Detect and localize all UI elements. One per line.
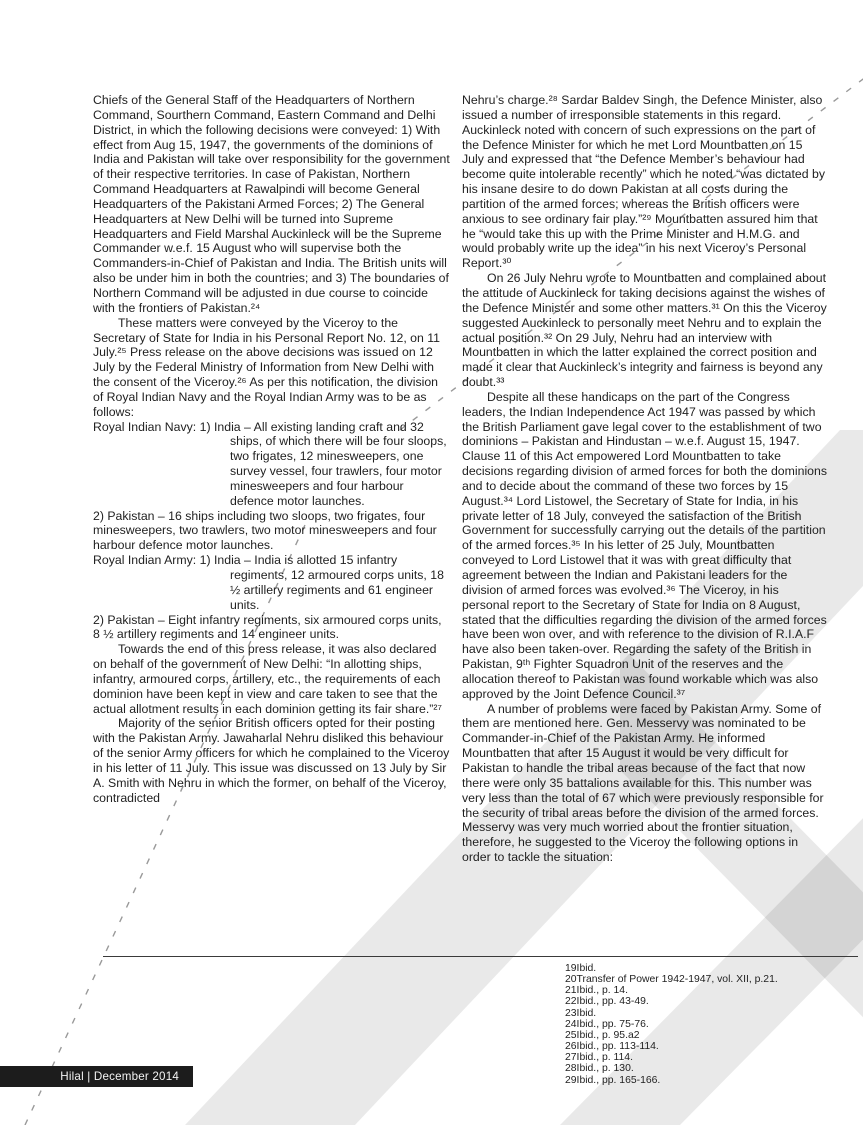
footnote-item: 24Ibid., pp. 75-76. bbox=[565, 1019, 860, 1030]
paragraph: Towards the end of this press release, i… bbox=[93, 642, 450, 716]
list-item-army-india: Royal Indian Army: 1) India – India is a… bbox=[93, 553, 450, 612]
paragraph: Majority of the senior British officers … bbox=[93, 716, 450, 805]
footer-label: Hilal | December 2014 bbox=[60, 1070, 179, 1083]
paragraph: Chiefs of the General Staff of the Headq… bbox=[93, 93, 450, 316]
footnotes-block: 19Ibid. 20Transfer of Power 1942-1947, v… bbox=[565, 963, 860, 1086]
list-item-army-pakistan: 2) Pakistan – Eight infantry regiments, … bbox=[93, 613, 450, 643]
paragraph: These matters were conveyed by the Vicer… bbox=[93, 316, 450, 420]
footnote-item: 25Ibid., p. 95.a2 bbox=[565, 1030, 860, 1041]
list-item-navy-pakistan: 2) Pakistan – 16 ships including two slo… bbox=[93, 509, 450, 554]
paragraph: A number of problems were faced by Pakis… bbox=[462, 702, 827, 865]
right-column: Nehru’s charge.²⁸ Sardar Baldev Singh, t… bbox=[462, 93, 827, 865]
footnote-item: 22Ibid., pp. 43-49. bbox=[565, 996, 860, 1007]
left-column: Chiefs of the General Staff of the Headq… bbox=[93, 93, 450, 806]
paragraph: Nehru’s charge.²⁸ Sardar Baldev Singh, t… bbox=[462, 93, 827, 271]
footnote-item: 26Ibid., pp. 113-114. bbox=[565, 1041, 860, 1052]
list-item-navy-india: Royal Indian Navy: 1) India – All existi… bbox=[93, 420, 450, 509]
magazine-page: Chiefs of the General Staff of the Headq… bbox=[0, 0, 863, 1125]
footer-bar: Hilal | December 2014 bbox=[0, 1066, 193, 1087]
footnote-item: 20Transfer of Power 1942-1947, vol. XII,… bbox=[565, 974, 860, 985]
footnote-item: 21Ibid., p. 14. bbox=[565, 985, 860, 996]
footnote-item: 28Ibid., p. 130. bbox=[565, 1063, 860, 1074]
footnote-item: 19Ibid. bbox=[565, 963, 860, 974]
footnote-item: 23Ibid. bbox=[565, 1008, 860, 1019]
footnote-rule bbox=[103, 956, 858, 957]
paragraph: Despite all these handicaps on the part … bbox=[462, 390, 827, 702]
footnote-item: 27Ibid., p. 114. bbox=[565, 1052, 860, 1063]
paragraph: On 26 July Nehru wrote to Mountbatten an… bbox=[462, 271, 827, 390]
footnote-item: 29Ibid., pp. 165-166. bbox=[565, 1075, 860, 1086]
